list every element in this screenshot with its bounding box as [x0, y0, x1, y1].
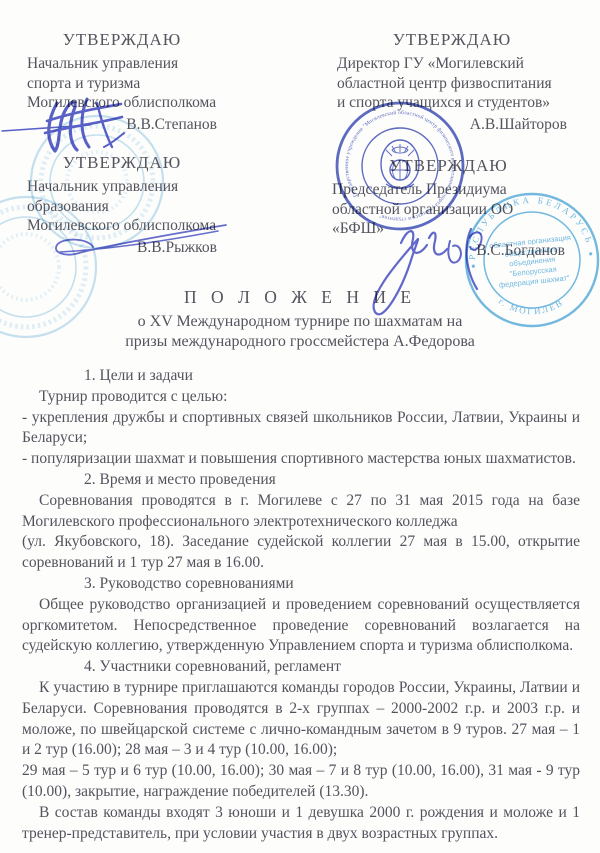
document-subtitle-line: призы международного гроссмейстера А.Фед…	[0, 332, 600, 352]
document-title: П О Л О Ж Е Н И Е	[0, 287, 600, 308]
approval-line: областной центр физвоспитания	[337, 74, 567, 94]
paragraph: Общее руководство организацией и проведе…	[22, 595, 580, 657]
document-subtitle-line: о XV Международном турнире по шахматам н…	[0, 312, 600, 332]
document-body: 1. Цели и задачи Турнир проводится с цел…	[22, 366, 580, 844]
approval-line: Могилевского облисполкома	[27, 216, 217, 236]
paragraph: В состав команды входят 3 юноши и 1 деву…	[22, 803, 580, 845]
approval-block-education: УТВЕРЖДАЮ Начальник управления образован…	[27, 153, 217, 257]
approval-signer-name: В.В.Степанов	[27, 116, 217, 134]
signature-stroke	[104, 133, 124, 147]
paragraph: Соревнования проводятся в г. Могилеве с …	[22, 491, 580, 533]
stamp-star-right	[589, 252, 593, 256]
approval-line: Могилевского облисполкома	[27, 93, 217, 113]
paragraph: - популяризации шахмат и повышения спорт…	[22, 449, 580, 470]
approval-line: областной организации ОО «БФШ»	[332, 200, 565, 239]
paragraph: Турнир проводится с целью:	[22, 387, 580, 408]
approval-block-chess-federation: УТВЕРЖДАЮ Председатель Президиума област…	[332, 156, 565, 260]
approval-signer-name: В.В.Рыжков	[27, 239, 217, 257]
paragraph: 29 мая – 5 тур и 6 тур (10.00, 16.00); 3…	[22, 761, 580, 803]
approval-line: Начальник управления	[27, 177, 217, 197]
approval-line: спорта и туризма	[27, 74, 217, 94]
emblem-sun-rays	[386, 144, 414, 156]
approval-heading: УТВЕРЖДАЮ	[337, 30, 567, 50]
paragraph: (ул. Якубовского, 18). Заседание судейск…	[22, 532, 580, 574]
approval-heading: УТВЕРЖДАЮ	[332, 156, 565, 176]
section-2-heading: 2. Время и место проведения	[22, 470, 580, 491]
document-title-block: П О Л О Ж Е Н И Е о XV Международном тур…	[0, 287, 600, 352]
approval-block-phys-center: УТВЕРЖДАЮ Директор ГУ «Могилевский облас…	[337, 30, 567, 134]
approval-heading: УТВЕРЖДАЮ	[27, 30, 217, 50]
emblem-country-contour	[392, 147, 408, 153]
stamp-star-left	[472, 264, 476, 268]
approval-signer-name: А.В.Шайторов	[337, 116, 567, 134]
section-4-heading: 4. Участники соревнований, регламент	[22, 657, 580, 678]
stamp-center-line: "Белорусская	[509, 265, 557, 279]
approval-line: Директор ГУ «Могилевский	[337, 54, 567, 74]
paragraph: - укрепления дружбы и спортивных связей …	[22, 408, 580, 450]
scanned-document-page: УТВЕРЖДАЮ Начальник управления спорта и …	[0, 0, 600, 853]
section-1-heading: 1. Цели и задачи	[22, 366, 580, 387]
approval-line: образования	[27, 197, 217, 217]
approval-block-sport-tourism: УТВЕРЖДАЮ Начальник управления спорта и …	[27, 30, 217, 134]
approval-line: Председатель Президиума	[332, 180, 565, 200]
approval-line: и спорта учащихся и студентов»	[337, 93, 567, 113]
paragraph: К участию в турнире приглашаются команды…	[22, 678, 580, 761]
approval-signer-name: В.С.Богданов	[332, 242, 565, 260]
approval-heading: УТВЕРЖДАЮ	[27, 153, 217, 173]
section-3-heading: 3. Руководство соревнованиями	[22, 574, 580, 595]
approval-line: Начальник управления	[27, 54, 217, 74]
